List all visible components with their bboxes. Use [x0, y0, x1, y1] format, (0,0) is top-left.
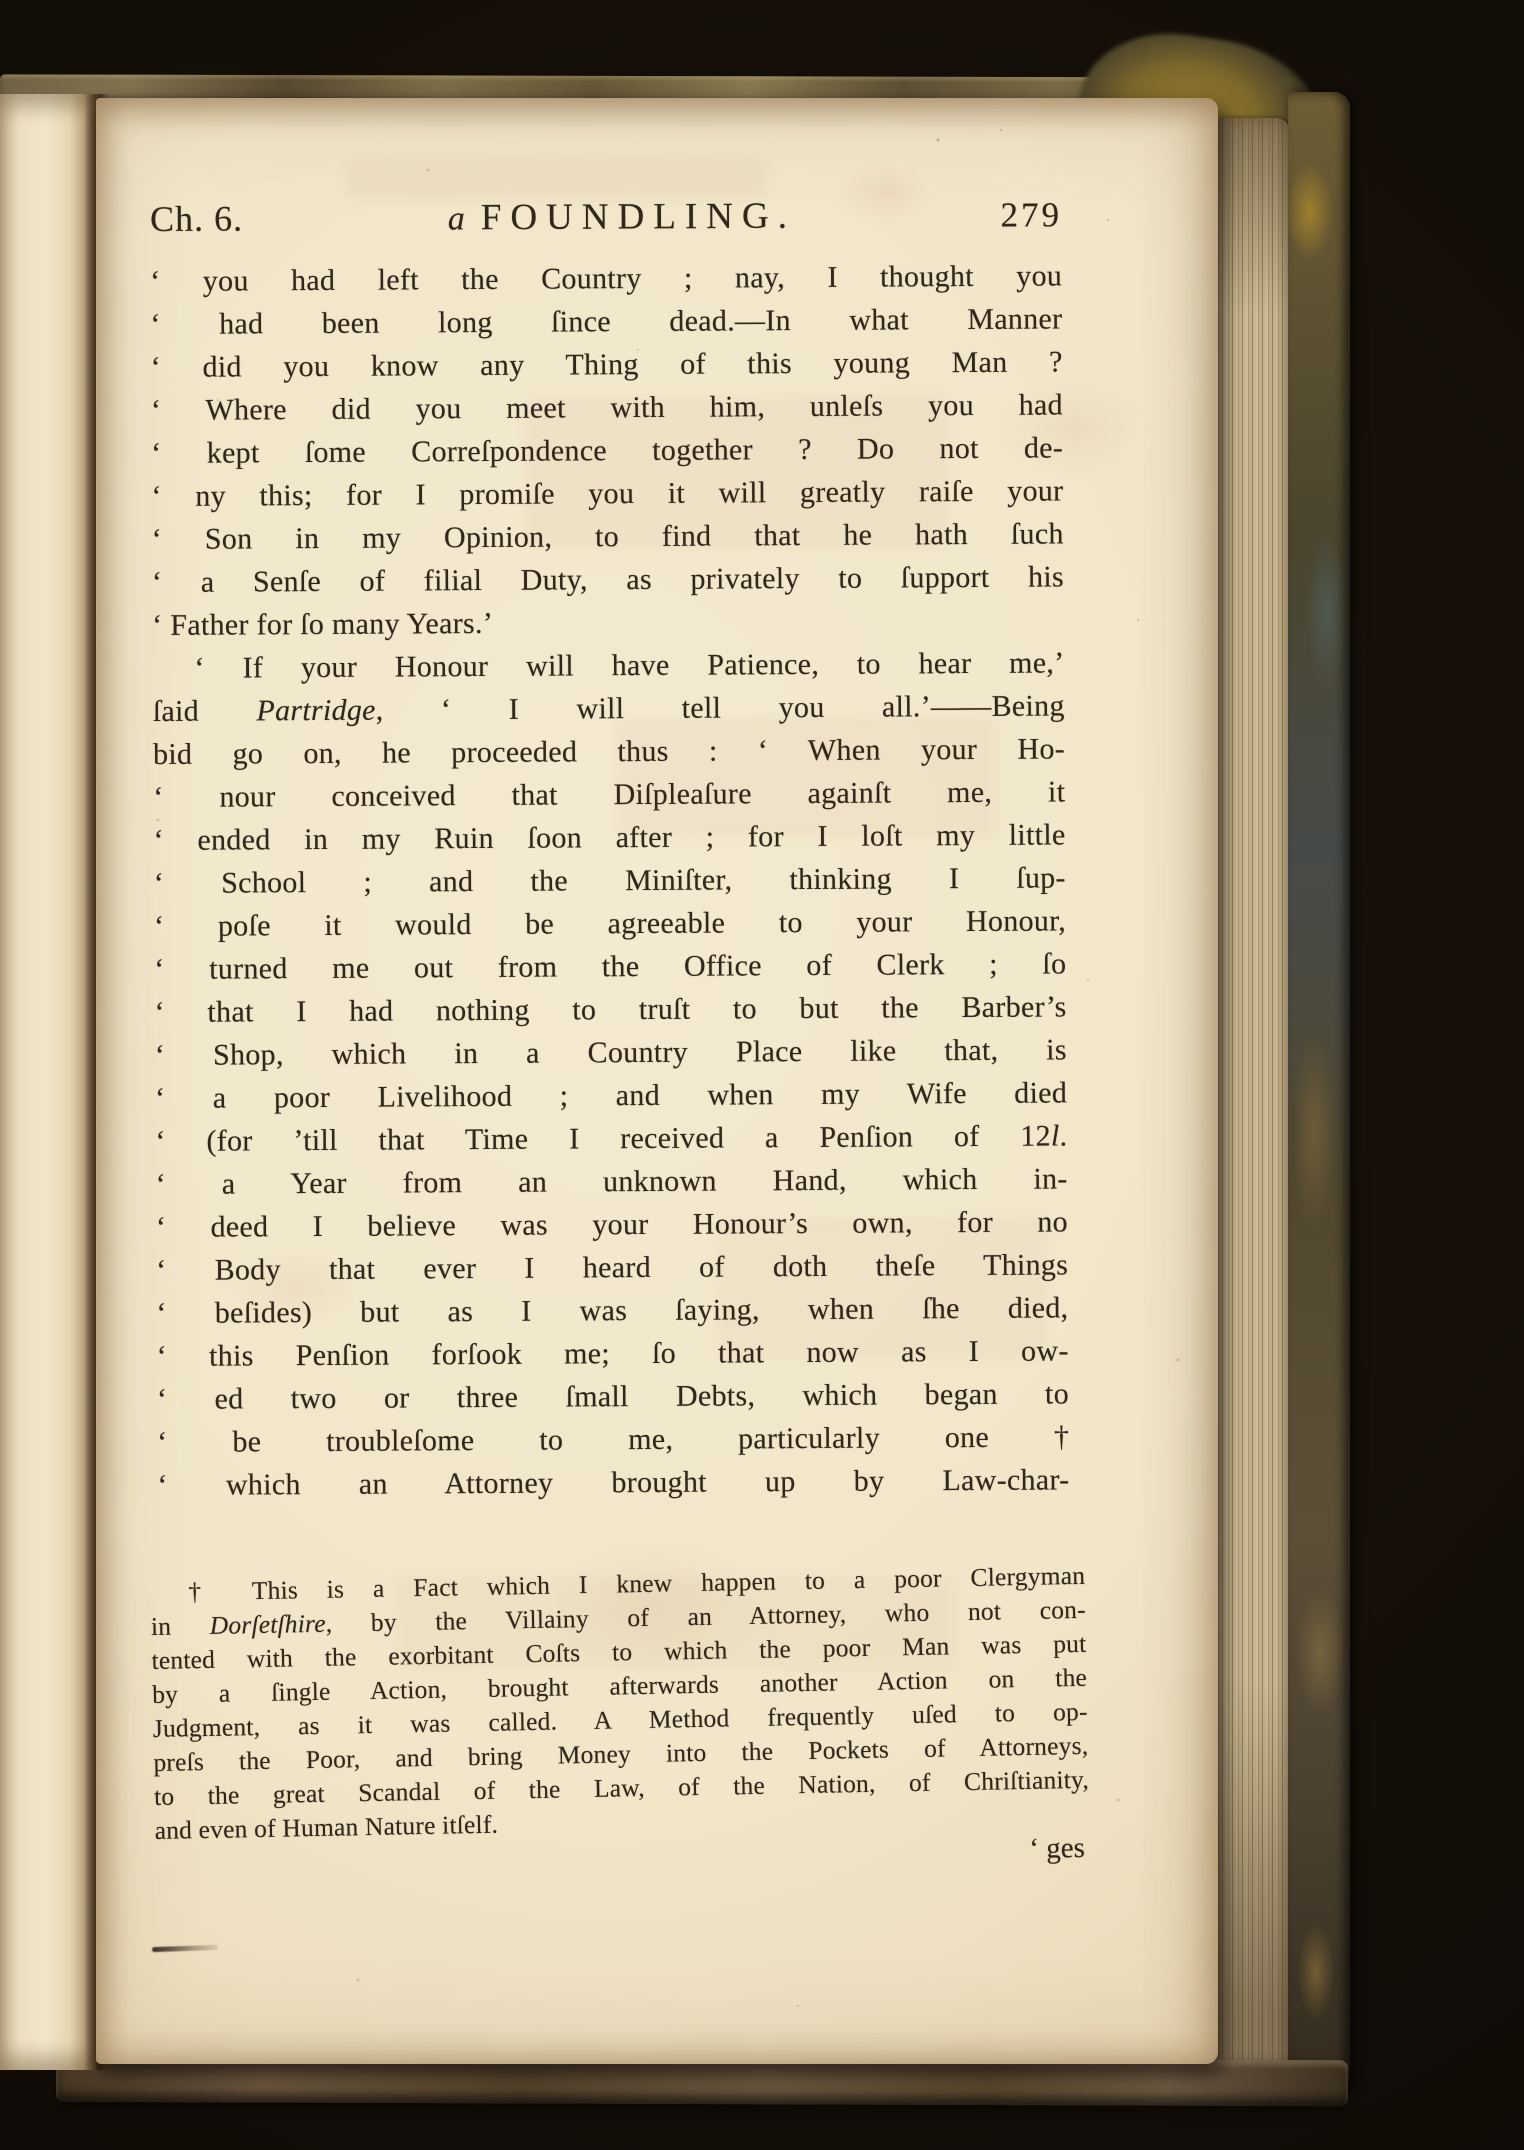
text-line: ‘ a Senſe of filial Duty, as privately t…: [152, 555, 1064, 604]
pen-mark: [152, 1945, 218, 1952]
book-page: Ch. 6. aFOUNDLING. 279 ‘ you had left th…: [96, 98, 1218, 2064]
text-line: ‘ nour conceived that Diſpleaſure againſ…: [153, 770, 1065, 819]
text-line: ‘ Where did you meet with him, unleſs yo…: [151, 383, 1063, 432]
text-line: bid go on, he proceeded thus : ‘ When yo…: [153, 727, 1065, 776]
text-line: ‘ ended in my Ruin ſoon after ; for I lo…: [153, 813, 1065, 862]
running-header: Ch. 6. aFOUNDLING. 279: [150, 193, 1062, 241]
text-line: ‘ If your Honour will have Patience, to …: [152, 641, 1064, 690]
text-line: ‘ ny this; for I promiſe you it will gre…: [151, 469, 1063, 518]
text-line: ‘ a poor Livelihood ; and when my Wife d…: [155, 1071, 1067, 1120]
text-line: ‘ turned me out from the Office of Clerk…: [154, 942, 1066, 991]
text-line: ‘ kept ſome Correſpondence together ? Do…: [151, 426, 1063, 475]
chapter-label: Ch. 6.: [150, 198, 243, 240]
title-text: FOUNDLING.: [481, 196, 796, 239]
title-article: a: [448, 200, 465, 237]
text-line: ‘ had been long ſince dead.—In what Mann…: [150, 297, 1062, 346]
text-line: ‘ which an Attorney brought up by Law-ch…: [157, 1458, 1069, 1507]
text-line: ſaid Partridge, ‘ I will tell you all.’—…: [153, 684, 1065, 733]
text-line: ‘ Father for ſo many Years.’: [152, 598, 1064, 647]
book-fore-edge-pages: [1216, 118, 1290, 2070]
page-number: 279: [1000, 195, 1062, 235]
show-through-smudge: [346, 158, 766, 200]
text-line: ‘ that I had nothing to truſt to but the…: [154, 985, 1066, 1034]
text-line: ‘ (for ’till that Time I received a Penſ…: [155, 1114, 1067, 1163]
text-line: ‘ beſides) but as I was ſaying, when ſhe…: [156, 1286, 1068, 1335]
book-photo: Ch. 6. aFOUNDLING. 279 ‘ you had left th…: [0, 0, 1524, 2150]
text-line: ‘ poſe it would be agreeable to your Hon…: [154, 899, 1066, 948]
running-title: aFOUNDLING.: [243, 194, 1001, 241]
text-line: ‘ Shop, which in a Country Place like th…: [155, 1028, 1067, 1077]
text-line: ‘ ed two or three ſmall Debts, which beg…: [157, 1372, 1069, 1421]
text-line: ‘ a Year from an unknown Hand, which in-: [156, 1157, 1068, 1206]
text-line: ‘ Body that ever I heard of doth theſe T…: [156, 1243, 1068, 1292]
book-leather-binding: [1288, 92, 1350, 2092]
text-line: ‘ be troubleſome to me, particularly one…: [157, 1415, 1069, 1464]
text-line: ‘ School ; and the Miniſter, thinking I …: [154, 856, 1066, 905]
text-line: ‘ did you know any Thing of this young M…: [151, 340, 1063, 389]
body-text: ‘ you had left the Country ; nay, I thou…: [150, 254, 1070, 1507]
text-line: ‘ Son in my Opinion, to find that he hat…: [152, 512, 1064, 561]
text-line: ‘ this Penſion forſook me; ſo that now a…: [157, 1329, 1069, 1378]
text-line: ‘ you had left the Country ; nay, I thou…: [150, 254, 1062, 303]
text-line: ‘ deed I believe was your Honour’s own, …: [156, 1200, 1068, 1249]
footnote: † This is a Fact which I knew happen to …: [150, 1559, 1090, 1848]
facing-page-edge: [0, 94, 96, 2070]
